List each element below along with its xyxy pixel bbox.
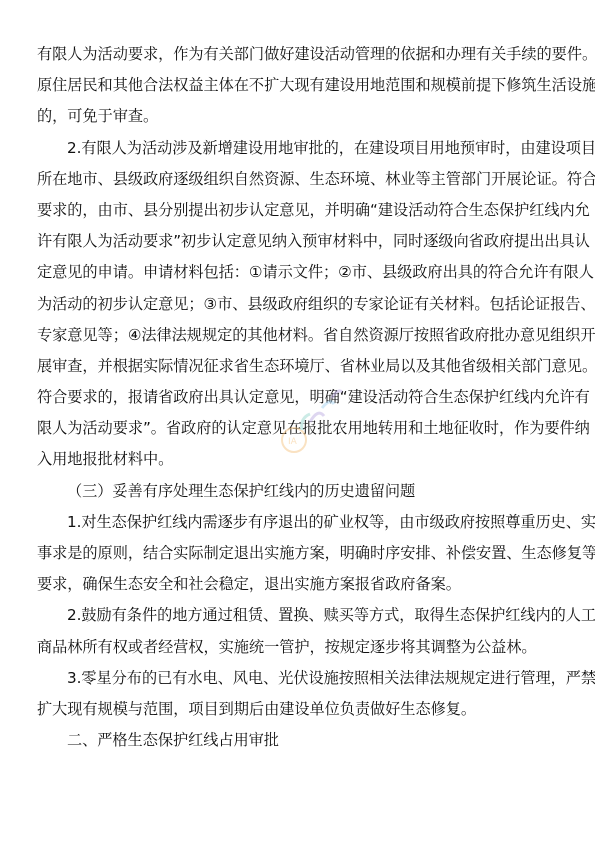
paragraph-start: 2.鼓励有条件的地方通过租赁、置换、赎买等方式，取得生态保护红线内的人工 [37,603,558,634]
text-line: 原住居民和其他合法权益主体在不扩大现有建设用地范围和规模前提下修筑生活设施 [37,73,558,104]
text-line: 为活动的初步认定意见；③市、县级政府组织的专家论证有关材料。包括论证报告、 [37,292,558,323]
text-line: 所在地市、县级政府逐级组织自然资源、生态环境、林业等主管部门开展论证。符合 [37,167,558,198]
section-heading: （三）妥善有序处理生态保护红线内的历史遗留问题 [37,479,558,510]
text-line: 商品林所有权或者经营权，实施统一管护，按规定逐步将其调整为公益林。 [37,635,558,666]
text-line: 要求的，由市、县分别提出初步认定意见，并明确“建设活动符合生态保护红线内允 [37,198,558,229]
paragraph-start: 2.有限人为活动涉及新增建设用地审批的，在建设项目用地预审时，由建设项目 [37,136,558,167]
text-line: 要求，确保生态安全和社会稳定，退出实施方案报省政府备案。 [37,572,558,603]
text-line: 许有限人为活动要求”初步认定意见纳入预审材料中，同时逐级向省政府提出出具认 [37,229,558,260]
svg-text:IA: IA [288,437,298,447]
text-line: 扩大现有规模与范围，项目到期后由建设单位负责做好生态修复。 [37,697,558,728]
cloud-logo-watermark-icon: IA [272,378,352,458]
text-line: 事求是的原则，结合实际制定退出实施方案，明确时序安排、补偿安置、生态修复等 [37,541,558,572]
paragraph-start: 1.对生态保护红线内需逐步有序退出的矿业权等，由市级政府按照尊重历史、实 [37,510,558,541]
text-line: 专家意见等；④法律法规规定的其他材料。省自然资源厅按照省政府批办意见组织开 [37,323,558,354]
paragraph-start: 3.零星分布的已有水电、风电、光伏设施按照相关法律法规规定进行管理，严禁 [37,666,558,697]
section-heading: 二、严格生态保护红线占用审批 [37,728,558,759]
text-line: 的，可免于审查。 [37,104,558,135]
text-line: 有限人为活动要求，作为有关部门做好建设活动管理的依据和办理有关手续的要件。 [37,42,558,73]
text-line: 定意见的申请。申请材料包括：①请示文件；②市、县级政府出具的符合允许有限人 [37,260,558,291]
